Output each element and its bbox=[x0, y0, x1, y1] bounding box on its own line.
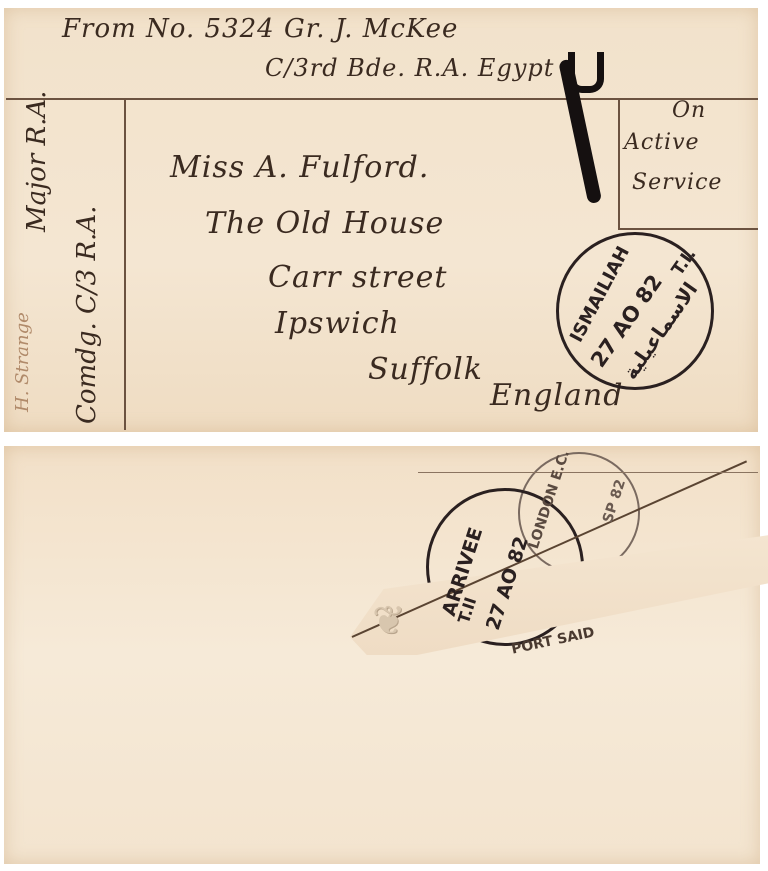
active-service-service: Service bbox=[632, 170, 722, 195]
active-service-on: On bbox=[672, 98, 706, 123]
side-text-command: Comdg. C/3 R.A. bbox=[72, 206, 102, 424]
left-column-rule bbox=[124, 100, 126, 430]
recipient-house: The Old House bbox=[205, 206, 444, 241]
embossed-seal-icon: ❦ bbox=[372, 598, 422, 658]
recipient-town: Ipswich bbox=[275, 306, 400, 341]
sender-line-1: From No. 5324 Gr. J. McKee bbox=[62, 14, 458, 44]
side-signature: H. Strange bbox=[12, 312, 33, 412]
side-text-major: Major R.A. bbox=[22, 91, 52, 232]
service-box-left-rule bbox=[618, 100, 620, 228]
service-box-bottom-rule bbox=[618, 228, 758, 230]
recipient-name: Miss A. Fulford. bbox=[170, 150, 429, 185]
active-service-active: Active bbox=[624, 130, 700, 155]
top-rule bbox=[6, 98, 758, 100]
sender-line-2: C/3rd Bde. R.A. Egypt bbox=[265, 54, 554, 82]
postage-due-mark-hook bbox=[568, 52, 604, 93]
recipient-street: Carr street bbox=[268, 260, 447, 295]
recipient-county: Suffolk bbox=[368, 352, 483, 387]
flap-fold bbox=[418, 472, 758, 473]
